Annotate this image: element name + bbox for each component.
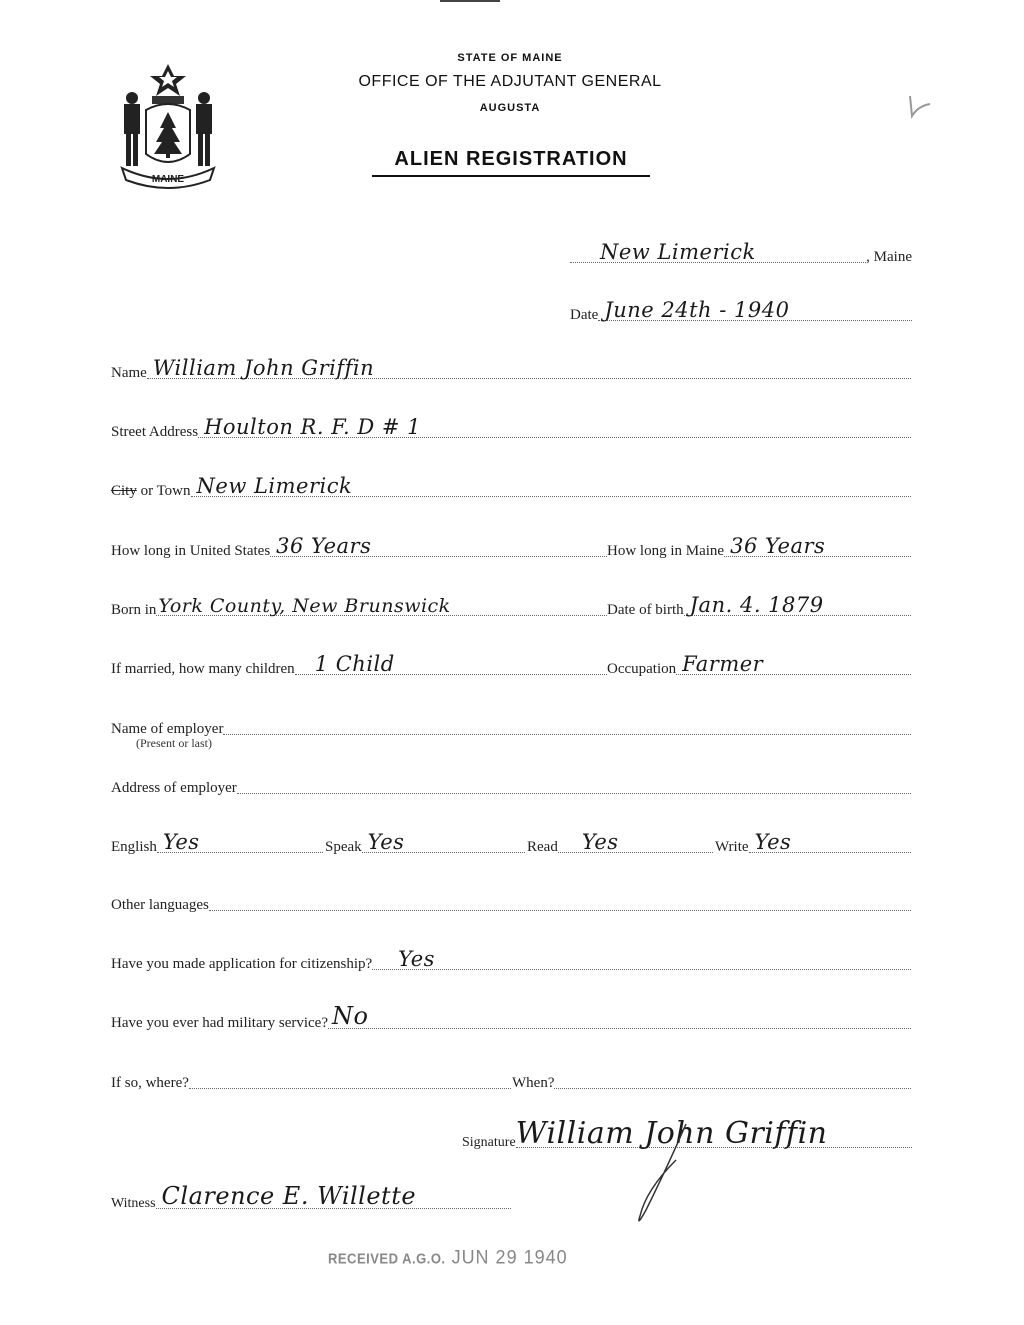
other-languages-field[interactable] <box>209 892 911 911</box>
employer-name-row: Name of employer <box>111 712 911 738</box>
city-heading: AUGUSTA <box>300 102 720 114</box>
place-suffix: , Maine <box>866 249 912 266</box>
date-of-birth-label: Date of birth <box>607 602 684 619</box>
town-label: or Town <box>137 483 191 500</box>
when-field[interactable] <box>554 1070 911 1089</box>
date-row: Date June 24th - 1940 <box>570 298 912 324</box>
how-long-maine-field[interactable]: 36 Years <box>724 538 911 557</box>
children-field[interactable]: 1 Child <box>295 656 607 675</box>
state-heading: STATE OF MAINE <box>300 52 720 64</box>
name-label: Name <box>111 365 147 382</box>
stamp-prefix: RECEIVED A.G.O. <box>328 1250 446 1267</box>
date-of-birth-field[interactable]: Jan. 4. 1879 <box>684 597 911 616</box>
witness-field[interactable]: Clarence E. Willette <box>156 1190 511 1209</box>
place-field[interactable]: New Limerick <box>570 244 866 263</box>
svg-text:MAINE: MAINE <box>152 174 185 185</box>
english-row: English Yes <box>111 830 323 856</box>
signature-label: Signature <box>462 1135 516 1151</box>
occupation-label: Occupation <box>607 661 676 678</box>
office-heading: OFFICE OF THE ADJUTANT GENERAL <box>300 73 720 91</box>
employer-name-sublabel: (Present or last) <box>136 736 212 751</box>
signature-field[interactable]: William John Griffin <box>516 1129 912 1148</box>
street-address-row: Street Address Houlton R. F. D # 1 <box>111 415 911 441</box>
where-label: If so, where? <box>111 1075 189 1092</box>
speak-label: Speak <box>325 839 362 856</box>
city-label-struck: City <box>111 483 137 500</box>
military-label: Have you ever had military service? <box>111 1015 328 1032</box>
employer-address-row: Address of employer <box>111 771 911 797</box>
employer-address-field[interactable] <box>237 775 911 794</box>
date-of-birth-row: Date of birth Jan. 4. 1879 <box>607 593 911 619</box>
children-row: If married, how many children 1 Child <box>111 652 607 678</box>
other-languages-label: Other languages <box>111 897 209 914</box>
employer-name-field[interactable] <box>223 716 911 735</box>
born-in-field[interactable]: York County, New Brunswick <box>156 597 607 616</box>
checkmark-icon <box>906 92 932 120</box>
street-address-field[interactable]: Houlton R. F. D # 1 <box>198 419 911 438</box>
citizenship-row: Have you made application for citizenshi… <box>111 947 911 973</box>
date-label: Date <box>570 307 598 324</box>
top-edge-mark <box>440 0 500 2</box>
stamp-date: JUN 29 1940 <box>452 1246 568 1268</box>
how-long-us-field[interactable]: 36 Years <box>270 538 607 557</box>
citizenship-field[interactable]: Yes <box>372 951 911 970</box>
place-row: New Limerick , Maine <box>570 240 912 266</box>
name-row: Name William John Griffin <box>111 356 911 382</box>
read-row: Read Yes <box>527 830 713 856</box>
english-label: English <box>111 839 157 856</box>
employer-address-label: Address of employer <box>111 780 237 797</box>
read-label: Read <box>527 839 558 856</box>
military-row: Have you ever had military service? No <box>111 1006 911 1032</box>
form-title: ALIEN REGISTRATION <box>372 148 650 177</box>
received-stamp: RECEIVED A.G.O. JUN 29 1940 <box>328 1246 568 1269</box>
witness-label: Witness <box>111 1196 156 1212</box>
street-address-label: Street Address <box>111 424 198 441</box>
english-field[interactable]: Yes <box>157 834 323 853</box>
write-row: Write Yes <box>715 830 911 856</box>
name-field[interactable]: William John Griffin <box>147 360 911 379</box>
where-row: If so, where? <box>111 1066 511 1092</box>
how-long-maine-label: How long in Maine <box>607 543 724 560</box>
occupation-field[interactable]: Farmer <box>676 656 911 675</box>
when-row: When? <box>512 1066 911 1092</box>
children-label: If married, how many children <box>111 661 295 678</box>
born-in-label: Born in <box>111 602 156 619</box>
write-field[interactable]: Yes <box>749 834 911 853</box>
speak-row: Speak Yes <box>325 830 525 856</box>
other-languages-row: Other languages <box>111 888 911 914</box>
read-field[interactable]: Yes <box>558 834 713 853</box>
city-town-field[interactable]: New Limerick <box>191 478 911 497</box>
how-long-us-row: How long in United States 36 Years <box>111 534 607 560</box>
citizenship-label: Have you made application for citizenshi… <box>111 956 372 973</box>
speak-field[interactable]: Yes <box>362 834 525 853</box>
born-in-row: Born in York County, New Brunswick <box>111 593 607 619</box>
when-label: When? <box>512 1075 554 1092</box>
maine-state-seal-icon: MAINE <box>116 62 220 190</box>
occupation-row: Occupation Farmer <box>607 652 911 678</box>
where-field[interactable] <box>189 1070 511 1089</box>
write-label: Write <box>715 839 749 856</box>
city-town-row: City or Town New Limerick <box>111 474 911 500</box>
military-field[interactable]: No <box>328 1010 911 1029</box>
how-long-us-label: How long in United States <box>111 543 270 560</box>
how-long-maine-row: How long in Maine 36 Years <box>607 534 911 560</box>
witness-row: Witness Clarence E. Willette <box>111 1186 511 1212</box>
date-field[interactable]: June 24th - 1940 <box>598 302 912 321</box>
signature-flourish-icon <box>626 1120 696 1230</box>
